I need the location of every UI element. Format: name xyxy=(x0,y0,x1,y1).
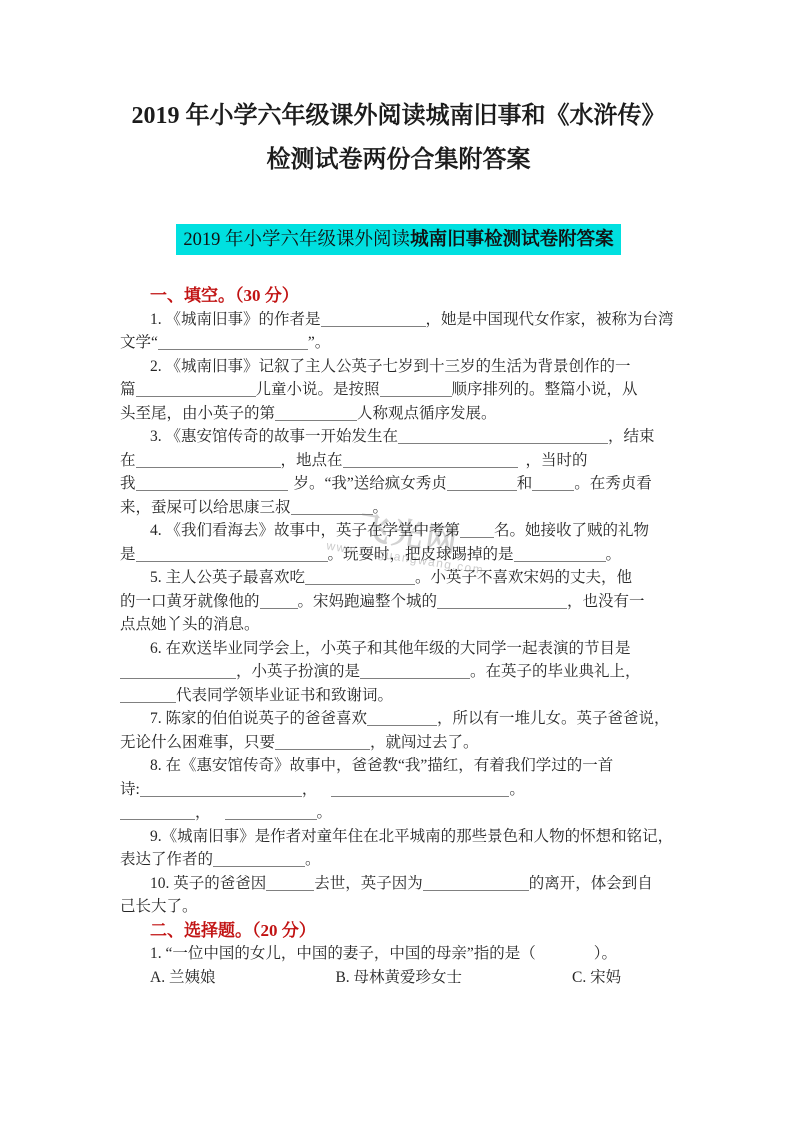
answer-blank xyxy=(275,735,370,750)
question-text: ，小英子扮演的是 xyxy=(236,663,360,680)
subtitle-part-regular: 2019 年小学六年级课外阅读 xyxy=(183,230,410,250)
answer-blank xyxy=(136,382,256,397)
question-line: 5. 主人公英子最喜欢吃。小英子不喜欢宋妈的丈夫，他 xyxy=(120,566,677,590)
question-line: ，。 xyxy=(120,801,677,825)
question-text: ，当时的 xyxy=(526,452,588,469)
question-text: 和 xyxy=(517,475,533,492)
title-part-regular: 2019 年小学六年级课外阅读 xyxy=(132,103,426,129)
question-text: 的一口黄牙就像他的 xyxy=(120,593,260,610)
question-text: ”。 xyxy=(308,334,330,351)
answer-blank xyxy=(360,664,470,679)
question-line: 代表同学领毕业证书和致谢词。 xyxy=(120,684,677,708)
question-text: 点点她丫头的消息。 xyxy=(120,616,260,633)
question-text: 去世，英子因为 xyxy=(314,875,423,892)
question-text: 。在秀贞看 xyxy=(574,475,652,492)
question-text: 顺序排列的。整篇小说，从 xyxy=(452,381,638,398)
question-line: 文学“”。 xyxy=(120,331,677,355)
question-text: 2. 《城南旧事》记叙了主人公英子七岁到十三岁的生活为背景创作的一 xyxy=(150,358,631,375)
question-line: 3. 《惠安馆传奇的故事一开始发生在，结束 xyxy=(120,425,677,449)
answer-blank xyxy=(266,876,314,891)
question-text: 。宋妈跑遍整个城的 xyxy=(298,593,438,610)
question-line: 1. 《城南旧事》的作者是，她是中国现代女作家，被称为台湾 xyxy=(120,308,677,332)
question-line: 2. 《城南旧事》记叙了主人公英子七岁到十三岁的生活为背景创作的一 xyxy=(120,355,677,379)
answer-blank xyxy=(514,547,606,562)
answer-blank xyxy=(398,429,608,444)
question-text: 6. 在欢送毕业同学会上，小英子和其他年级的大同学一起表演的节目是 xyxy=(150,640,631,657)
question-text: 。 xyxy=(373,499,389,516)
answer-blank xyxy=(331,782,509,797)
answer-blank xyxy=(120,805,195,820)
answer-gap xyxy=(211,816,225,817)
question-line: 无论什么困难事，只要，就闯过去了。 xyxy=(120,731,677,755)
question-text: 的离开，体会到自 xyxy=(529,875,653,892)
question-text: B. 母林黄爱珍女士 xyxy=(335,969,462,986)
question-text: 是 xyxy=(120,546,136,563)
question-text: 。玩耍时，把皮球踢掉的是 xyxy=(328,546,514,563)
section-heading: 二、选择题。（20 分） xyxy=(120,919,677,943)
question-text: 。在英子的毕业典礼上， xyxy=(470,663,641,680)
answer-blank xyxy=(343,453,518,468)
question-text: 。 xyxy=(317,804,333,821)
question-line: 1. “一位中国的女儿，中国的妻子，中国的母亲”指的是（）。 xyxy=(120,942,677,966)
answer-blank xyxy=(321,312,426,327)
question-text: 在 xyxy=(120,452,136,469)
question-text: 头至尾，由小英子的第 xyxy=(120,405,275,422)
question-line: A. 兰姨娘B. 母林黄爱珍女士C. 宋妈 xyxy=(120,966,677,990)
answer-blank xyxy=(120,664,236,679)
question-text: ，也没有一 xyxy=(567,593,645,610)
question-text: 无论什么困难事，只要 xyxy=(120,734,275,751)
question-line: 点点她丫头的消息。 xyxy=(120,613,677,637)
answer-blank xyxy=(275,406,357,421)
answer-gap xyxy=(518,464,526,465)
answer-blank xyxy=(140,782,302,797)
question-text: 己长大了。 xyxy=(120,898,198,915)
question-line: 9.《城南旧事》是作者对童年住在北平城南的那些景色和人物的怀想和铭记， xyxy=(120,825,677,849)
question-text: C. 宋妈 xyxy=(572,969,621,986)
question-text: 7. 陈家的伯伯说英子的爸爸喜欢 xyxy=(150,710,367,727)
answer-blank xyxy=(158,335,308,350)
answer-blank xyxy=(291,500,373,515)
answer-gap xyxy=(462,981,572,982)
question-text: 名。她接收了贼的礼物 xyxy=(494,522,649,539)
question-text: ，地点在 xyxy=(281,452,343,469)
question-text: 。 xyxy=(606,546,622,563)
question-text: 篇 xyxy=(120,381,136,398)
question-line: 是。玩耍时，把皮球踢掉的是。 xyxy=(120,543,677,567)
question-text: 8. 在《惠安馆传奇》故事中，爸爸教“我”描红，有着我们学过的一首 xyxy=(150,757,613,774)
question-text: 。 xyxy=(305,851,321,868)
document-title: 2019 年小学六年级课外阅读城南旧事和《水浒传》检测试卷两份合集附答案 xyxy=(120,94,677,182)
question-text: A. 兰姨娘 xyxy=(150,969,215,986)
subtitle-highlight: 2019 年小学六年级课外阅读城南旧事检测试卷附答案 xyxy=(176,224,620,255)
answer-gap xyxy=(536,957,594,958)
question-text: ）。 xyxy=(594,945,617,962)
question-line: 6. 在欢送毕业同学会上，小英子和其他年级的大同学一起表演的节目是 xyxy=(120,637,677,661)
question-text: 。小英子不喜欢宋妈的丈夫，他 xyxy=(415,569,632,586)
answer-blank xyxy=(380,382,452,397)
question-text: 来，蚕屎可以给思康三叔 xyxy=(120,499,291,516)
document-content: 2019 年小学六年级课外阅读城南旧事和《水浒传》检测试卷两份合集附答案 201… xyxy=(0,0,793,989)
questions-area: 一、填空。（30 分）1. 《城南旧事》的作者是，她是中国现代女作家，被称为台湾… xyxy=(120,284,677,989)
question-text: ，结束 xyxy=(608,428,655,445)
question-line: 在，地点在，当时的 xyxy=(120,449,677,473)
question-line: ，小英子扮演的是。在英子的毕业典礼上， xyxy=(120,660,677,684)
question-text: 1. “一位中国的女儿，中国的妻子，中国的母亲”指的是（ xyxy=(150,945,536,962)
answer-blank xyxy=(120,688,176,703)
question-line: 4. 《我们看海去》故事中，英子在学堂中考第名。她接收了贼的礼物 xyxy=(120,519,677,543)
question-line: 8. 在《惠安馆传奇》故事中，爸爸教“我”描红，有着我们学过的一首 xyxy=(120,754,677,778)
answer-gap xyxy=(317,793,331,794)
answer-blank xyxy=(136,453,281,468)
question-text: 诗: xyxy=(120,781,140,798)
subtitle-part-bold: 城南旧事检测试卷附答案 xyxy=(410,228,614,249)
answer-blank xyxy=(136,476,288,491)
answer-blank xyxy=(423,876,529,891)
question-text: ，就闯过去了。 xyxy=(370,734,479,751)
question-text: 9.《城南旧事》是作者对童年住在北平城南的那些景色和人物的怀想和铭记， xyxy=(150,828,673,845)
question-text: 1. 《城南旧事》的作者是 xyxy=(150,311,321,328)
question-text: 3. 《惠安馆传奇的故事一开始发生在 xyxy=(150,428,398,445)
question-text: 儿童小说。是按照 xyxy=(256,381,380,398)
answer-blank xyxy=(260,594,298,609)
question-text: ， xyxy=(302,781,318,798)
question-text: 我 xyxy=(120,475,136,492)
page: 飞光网 www.feiguangwang.com 2019 年小学六年级课外阅读… xyxy=(0,0,793,1122)
answer-blank xyxy=(437,594,567,609)
question-line: 表达了作者的。 xyxy=(120,848,677,872)
question-line: 诗:，。 xyxy=(120,778,677,802)
question-line: 来，蚕屎可以给思康三叔。 xyxy=(120,496,677,520)
answer-blank xyxy=(225,805,317,820)
answer-blank xyxy=(136,547,328,562)
answer-blank xyxy=(532,476,574,491)
answer-gap xyxy=(215,981,335,982)
question-text: 人称观点循序发展。 xyxy=(357,405,497,422)
question-line: 7. 陈家的伯伯说英子的爸爸喜欢，所以有一堆儿女。英子爸爸说， xyxy=(120,707,677,731)
question-line: 篇儿童小说。是按照顺序排列的。整篇小说，从 xyxy=(120,378,677,402)
question-text: ，她是中国现代女作家，被称为台湾 xyxy=(426,311,674,328)
answer-blank xyxy=(305,570,415,585)
question-line: 我岁。“我”送给疯女秀贞和。在秀贞看 xyxy=(120,472,677,496)
section-heading: 一、填空。（30 分） xyxy=(120,284,677,308)
question-text: 。 xyxy=(509,781,525,798)
question-line: 己长大了。 xyxy=(120,895,677,919)
question-text: 表达了作者的 xyxy=(120,851,213,868)
question-text: 岁。“我”送给疯女秀贞 xyxy=(294,475,447,492)
question-text: 4. 《我们看海去》故事中，英子在学堂中考第 xyxy=(150,522,460,539)
question-text: ， xyxy=(195,804,211,821)
answer-blank xyxy=(447,476,517,491)
question-text: 10. 英子的爸爸因 xyxy=(150,875,266,892)
question-line: 10. 英子的爸爸因去世，英子因为的离开，体会到自 xyxy=(120,872,677,896)
subtitle-row: 2019 年小学六年级课外阅读城南旧事检测试卷附答案 xyxy=(120,224,677,255)
question-text: 代表同学领毕业证书和致谢词。 xyxy=(176,687,393,704)
question-line: 头至尾，由小英子的第人称观点循序发展。 xyxy=(120,402,677,426)
answer-blank xyxy=(460,523,494,538)
question-text: 5. 主人公英子最喜欢吃 xyxy=(150,569,305,586)
question-text: 文学“ xyxy=(120,334,158,351)
question-line: 的一口黄牙就像他的。宋妈跑遍整个城的，也没有一 xyxy=(120,590,677,614)
question-text: ，所以有一堆儿女。英子爸爸说， xyxy=(437,710,670,727)
answer-blank xyxy=(367,711,437,726)
answer-blank xyxy=(213,852,305,867)
